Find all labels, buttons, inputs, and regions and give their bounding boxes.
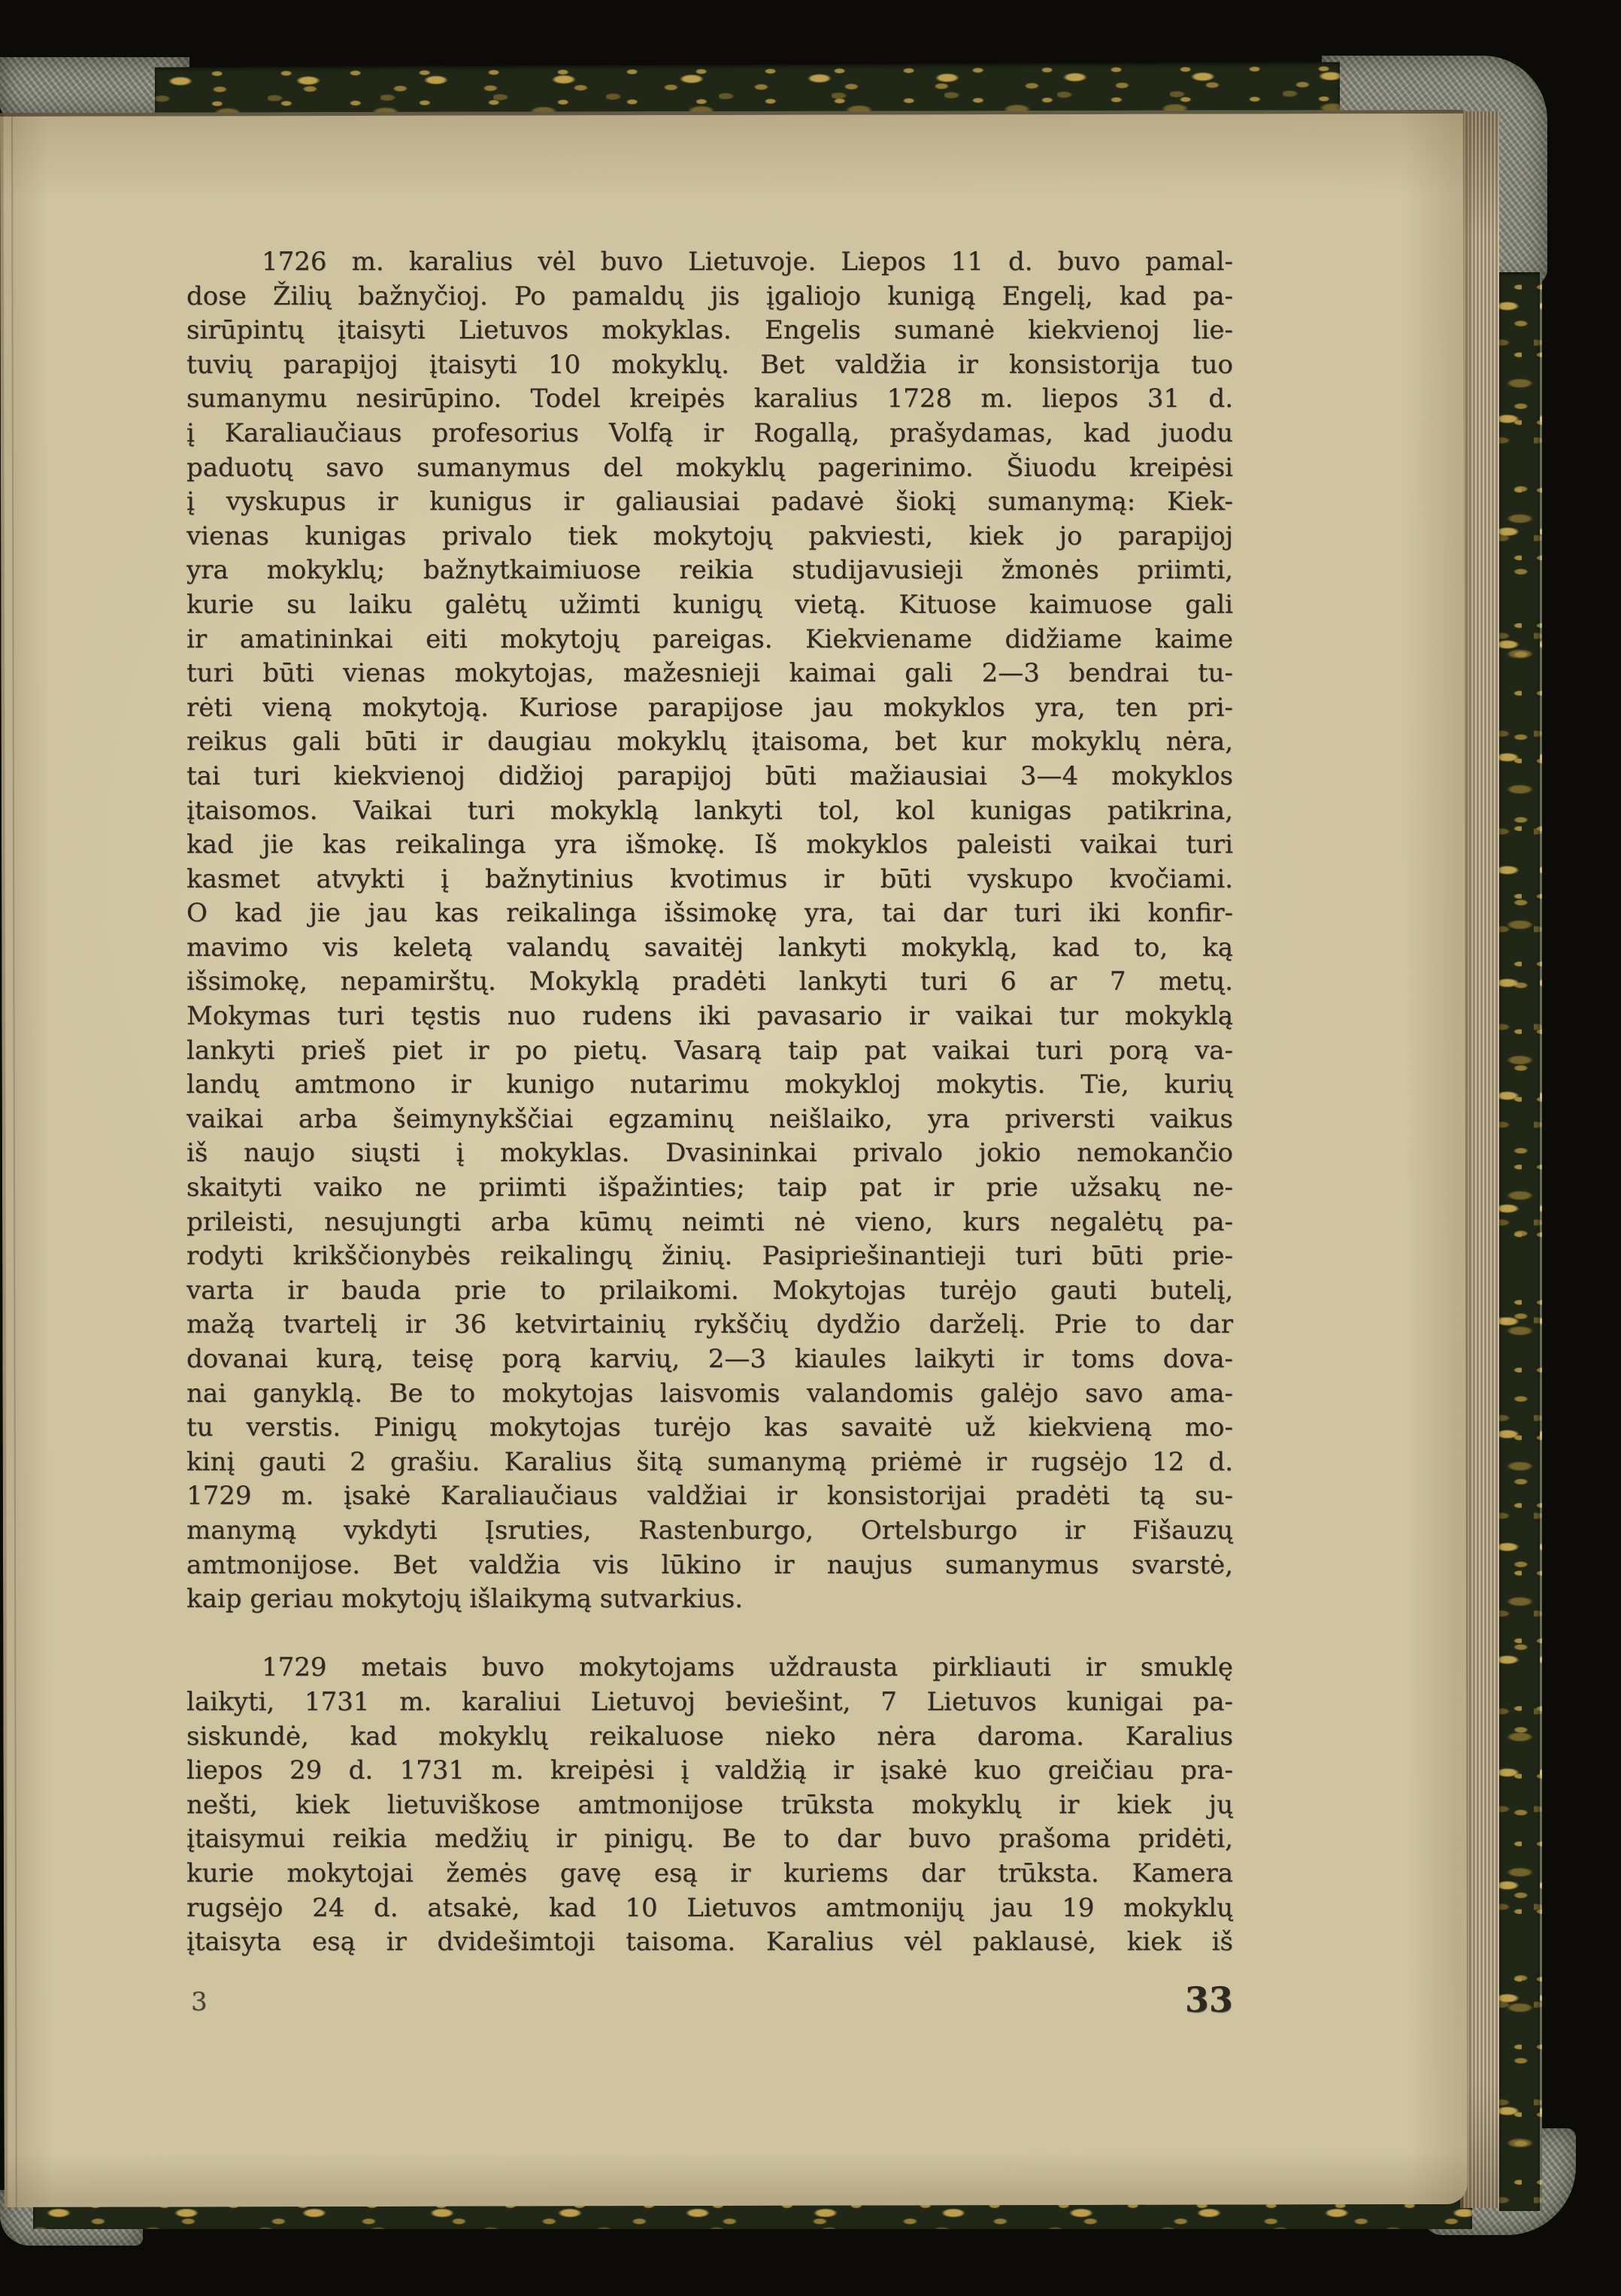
text-line: varta ir bauda prie to prilaikomi. Mokyt…: [186, 1274, 1233, 1309]
text-line: tuvių parapijoj įtaisyti 10 mokyklų. Bet…: [186, 348, 1233, 383]
text-line: į Karaliaučiaus profesorius Volfą ir Rog…: [186, 417, 1233, 451]
text-line: rugsėjo 24 d. atsakė, kad 10 Lietuvos am…: [186, 1891, 1233, 1926]
text-line: paduotų savo sumanymus del mokyklų pager…: [186, 451, 1233, 486]
text-line: kinį gauti 2 grašiu. Karalius šitą suman…: [186, 1445, 1233, 1480]
signature-mark: 3: [191, 1987, 208, 2017]
text-line: sirūpintų įtaisyti Lietuvos mokyklas. En…: [186, 314, 1233, 348]
text-line: mavimo vis keletą valandų savaitėj lanky…: [186, 931, 1233, 966]
paragraph: 1729 metais buvo mokytojams uždrausta pi…: [186, 1651, 1233, 1959]
text-line: tu verstis. Pinigų mokytojas turėjo kas …: [186, 1411, 1233, 1445]
text-line: sumanymu nesirūpino. Todel kreipės karal…: [186, 382, 1233, 417]
text-line: įtaisomos. Vaikai turi mokyklą lankyti t…: [186, 794, 1233, 829]
text-line: išsimokę, nepamirštų. Mokyklą pradėti la…: [186, 965, 1233, 999]
text-line: lankyti prieš piet ir po pietų. Vasarą t…: [186, 1034, 1233, 1069]
text-line: ir amatininkai eiti mokytojų pareigas. K…: [186, 623, 1233, 657]
page-text-block: 1726 m. karalius vėl buvo Lietuvoje. Lie…: [186, 245, 1233, 1960]
text-line: landų amtmono ir kunigo nutarimu mokyklo…: [186, 1068, 1233, 1103]
page-footer: 3 33: [186, 1979, 1233, 2025]
text-line: O kad jie jau kas reikalinga išsimokę yr…: [186, 896, 1233, 931]
text-line: vienas kunigas privalo tiek mokytojų pak…: [186, 520, 1233, 554]
text-line: laikyti, 1731 m. karaliui Lietuvoj bevie…: [186, 1685, 1233, 1720]
text-line: liepos 29 d. 1731 m. kreipėsi į valdžią …: [186, 1754, 1233, 1788]
text-line: į vyskupus ir kunigus ir galiausiai pada…: [186, 485, 1233, 520]
text-line: reikus gali būti ir daugiau mokyklų įtai…: [186, 725, 1233, 760]
text-line: dose Žilių bažnyčioj. Po pamaldų jis įga…: [186, 280, 1233, 314]
text-line: Mokymas turi tęstis nuo rudens iki pavas…: [186, 999, 1233, 1034]
text-line: iš naujo siųsti į mokyklas. Dvasininkai …: [186, 1136, 1233, 1171]
text-line: rėti vieną mokytoją. Kuriose parapijose …: [186, 691, 1233, 726]
text-line: turi būti vienas mokytojas, mažesnieji k…: [186, 657, 1233, 691]
text-line: 1729 m. įsakė Karaliaučiaus valdžiai ir …: [186, 1479, 1233, 1514]
text-line: kurie mokytojai žemės gavę esą ir kuriem…: [186, 1857, 1233, 1891]
text-line: siskundė, kad mokyklų reikaluose nieko n…: [186, 1720, 1233, 1755]
text-line: nai ganyklą. Be to mokytojas laisvomis v…: [186, 1377, 1233, 1412]
text-line: dovanai kurą, teisę porą karvių, 2—3 kia…: [186, 1342, 1233, 1377]
text-line: 1726 m. karalius vėl buvo Lietuvoje. Lie…: [186, 245, 1233, 280]
text-line: įtaisymui reikia medžių ir pinigų. Be to…: [186, 1822, 1233, 1857]
page-number: 33: [1185, 1979, 1233, 2020]
text-line: kurie su laiku galėtų užimti kunigų viet…: [186, 588, 1233, 623]
text-line: kasmet atvykti į bažnytinius kvotimus ir…: [186, 863, 1233, 897]
text-line: mažą tvartelį ir 36 ketvirtainių rykščių…: [186, 1308, 1233, 1342]
text-line: įtaisyta esą ir dvidešimtoji taisoma. Ka…: [186, 1925, 1233, 1960]
text-line: nešti, kiek lietuviškose amtmonijose trū…: [186, 1788, 1233, 1823]
paragraph: 1726 m. karalius vėl buvo Lietuvoje. Lie…: [186, 245, 1233, 1617]
text-line: rodyti krikščionybės reikalingų žinių. P…: [186, 1239, 1233, 1274]
text-line: skaityti vaiko ne priimti išpažinties; t…: [186, 1171, 1233, 1206]
text-line: manymą vykdyti Įsruties, Rastenburgo, Or…: [186, 1514, 1233, 1548]
text-line: amtmonijose. Bet valdžia vis lūkino ir n…: [186, 1548, 1233, 1583]
text-line: kad jie kas reikalinga yra išmokę. Iš mo…: [186, 828, 1233, 863]
text-line: kaip geriau mokytojų išlaikymą sutvarkiu…: [186, 1582, 1233, 1617]
text-line: prileisti, nesujungti arba kūmų neimti n…: [186, 1206, 1233, 1240]
text-line: vaikai arba šeimynykščiai egzaminų neišl…: [186, 1103, 1233, 1137]
cover-marble-right-edge: [1499, 272, 1542, 2211]
text-line: tai turi kiekvienoj didžioj parapijoj bū…: [186, 760, 1233, 794]
text-line: 1729 metais buvo mokytojams uždrausta pi…: [186, 1651, 1233, 1685]
book-scan: 1726 m. karalius vėl buvo Lietuvoje. Lie…: [0, 0, 1621, 2296]
text-line: yra mokyklų; bažnytkaimiuose reikia stud…: [186, 554, 1233, 588]
